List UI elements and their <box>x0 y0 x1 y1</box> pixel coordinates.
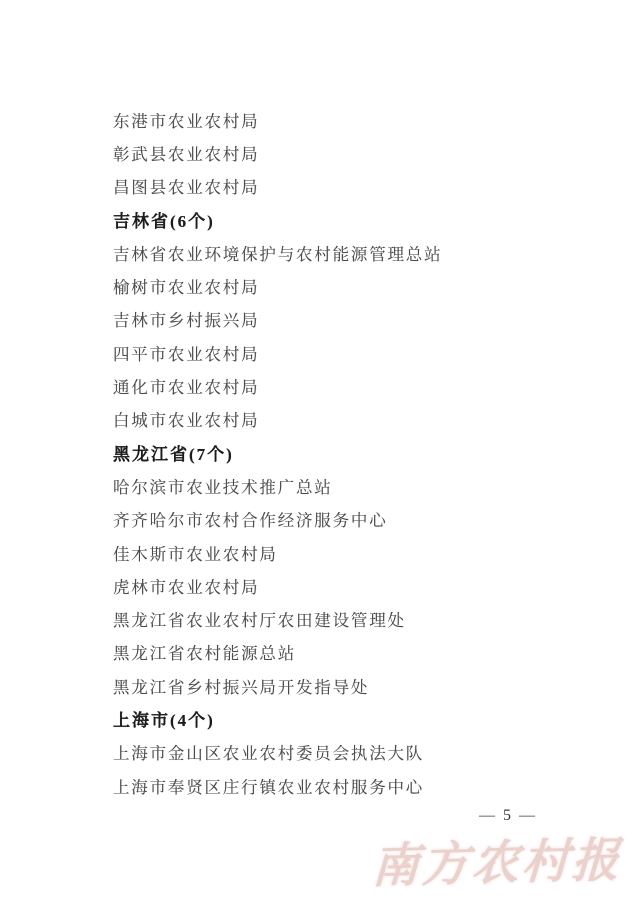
province-heading-shanghai: 上海市(4个) <box>113 702 442 735</box>
org-list-item: 白城市农业农村局 <box>113 403 442 436</box>
org-list-item: 黑龙江省农村能源总站 <box>113 636 442 669</box>
org-list-item: 哈尔滨市农业技术推广总站 <box>113 469 442 502</box>
org-list-item: 黑龙江省乡村振兴局开发指导处 <box>113 669 442 702</box>
watermark-logo: 南方农村报 <box>371 823 624 897</box>
org-list-item: 昌图县农业农村局 <box>113 170 442 203</box>
document-page: 东港市农业农村局 彰武县农业农村局 昌图县农业农村局 吉林省(6个) 吉林省农业… <box>0 0 640 905</box>
org-list-item: 上海市金山区农业农村委员会执法大队 <box>113 736 442 769</box>
page-number: — 5 — <box>479 807 537 825</box>
org-list-item: 彰武县农业农村局 <box>113 136 442 169</box>
province-heading-heilongjiang: 黑龙江省(7个) <box>113 436 442 469</box>
province-heading-jilin: 吉林省(6个) <box>113 203 442 236</box>
org-list-item: 虎林市农业农村局 <box>113 569 442 602</box>
org-list-item: 上海市奉贤区庄行镇农业农村服务中心 <box>113 769 442 802</box>
org-list-item: 通化市农业农村局 <box>113 369 442 402</box>
org-list-item: 东港市农业农村局 <box>113 103 442 136</box>
org-list-item: 佳木斯市农业农村局 <box>113 536 442 569</box>
org-list-item: 吉林市乡村振兴局 <box>113 303 442 336</box>
org-list-item: 黑龙江省农业农村厅农田建设管理处 <box>113 602 442 635</box>
org-list-item: 齐齐哈尔市农村合作经济服务中心 <box>113 503 442 536</box>
org-list: 东港市农业农村局 彰武县农业农村局 昌图县农业农村局 吉林省(6个) 吉林省农业… <box>113 103 442 802</box>
org-list-item: 四平市农业农村局 <box>113 336 442 369</box>
org-list-item: 吉林省农业环境保护与农村能源管理总站 <box>113 236 442 269</box>
org-list-item: 榆树市农业农村局 <box>113 269 442 302</box>
